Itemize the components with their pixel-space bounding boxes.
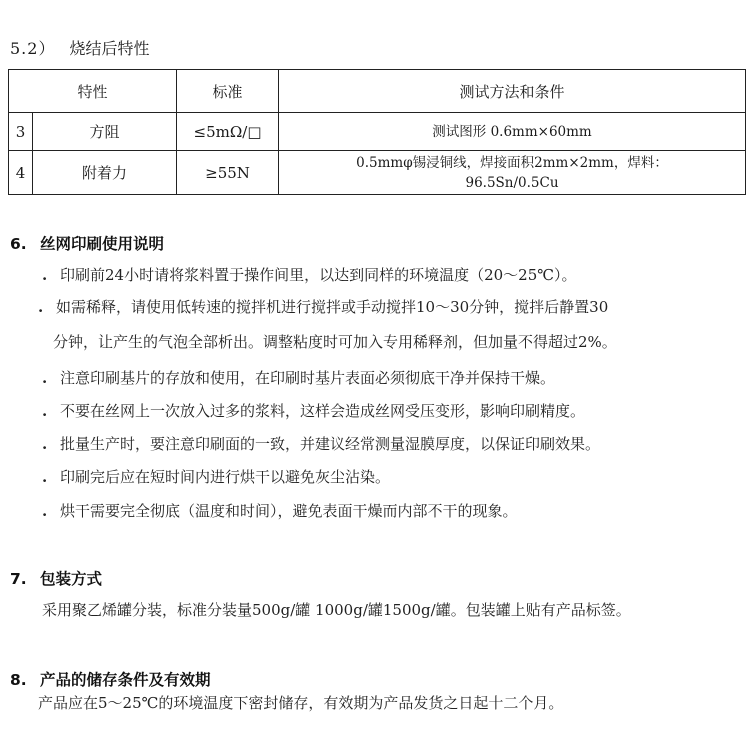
- row-standard: ≥55N: [177, 151, 279, 195]
- list-item: .如需稀释，请使用低转速的搅拌机进行搅拌或手动搅拌10～30分钟，搅拌后静置30: [38, 297, 608, 317]
- section-title: 包装方式: [40, 570, 102, 588]
- section-number: 7.: [10, 570, 40, 588]
- row-test-method: 测试图形 0.6mm×60mm: [279, 113, 746, 151]
- section-6-heading: 6.丝网印刷使用说明: [10, 232, 164, 254]
- section-8-heading: 8.产品的储存条件及有效期: [10, 668, 211, 690]
- bullet-dot: .: [42, 368, 60, 388]
- list-item: .印刷前24小时请将浆料置于操作间里，以达到同样的环境温度（20～25℃）。: [42, 265, 577, 285]
- bullet-dot: .: [42, 434, 60, 454]
- list-item-text: 烘干需要完全彻底（温度和时间），避免表面干燥而内部不干的现象。: [60, 502, 518, 520]
- bullet-dot: .: [42, 401, 60, 421]
- test-method-line2: 96.5Sn/0.5Cu: [279, 173, 745, 193]
- list-item-continuation: 分钟，让产生的气泡全部析出。调整粘度时可加入专用稀释剂，但加量不得超过2%。: [53, 332, 617, 352]
- list-item: .批量生产时，要注意印刷面的一致，并建议经常测量湿膜厚度，以保证印刷效果。: [42, 434, 600, 454]
- section-8-body: 产品应在5～25℃的环境温度下密封储存，有效期为产品发货之日起十二个月。: [38, 693, 563, 713]
- section-number: 6.: [10, 235, 40, 253]
- post-sintering-properties-table: 特性 标准 测试方法和条件 3 方阻 ≤5mΩ/□ 测试图形 0.6mm×60m…: [8, 69, 746, 195]
- table-row: 4 附着力 ≥55N 0.5mmφ锡浸铜线，焊接面积2mm×2mm，焊料： 96…: [9, 151, 746, 195]
- header-standard: 标准: [177, 70, 279, 113]
- subsection-number: 5.2）: [10, 39, 55, 58]
- row-index: 4: [9, 151, 33, 195]
- row-standard: ≤5mΩ/□: [177, 113, 279, 151]
- bullet-dot: .: [38, 297, 56, 317]
- list-item-text: 注意印刷基片的存放和使用，在印刷时基片表面必须彻底干净并保持干燥。: [60, 369, 555, 387]
- list-item: .印刷完后应在短时间内进行烘干以避免灰尘沾染。: [42, 467, 390, 487]
- row-property: 附着力: [33, 151, 177, 195]
- list-item-text: 印刷完后应在短时间内进行烘干以避免灰尘沾染。: [60, 468, 390, 486]
- bullet-dot: .: [42, 265, 60, 285]
- table-row: 3 方阻 ≤5mΩ/□ 测试图形 0.6mm×60mm: [9, 113, 746, 151]
- row-test-method: 0.5mmφ锡浸铜线，焊接面积2mm×2mm，焊料： 96.5Sn/0.5Cu: [279, 151, 746, 195]
- section-title: 产品的储存条件及有效期: [40, 671, 211, 689]
- row-index: 3: [9, 113, 33, 151]
- section-7-body: 采用聚乙烯罐分装，标准分装量500g/罐 1000g/罐1500g/罐。包装罐上…: [42, 600, 631, 620]
- test-method-line1: 测试图形 0.6mm×60mm: [432, 124, 591, 140]
- test-method-line1: 0.5mmφ锡浸铜线，焊接面积2mm×2mm，焊料：: [279, 153, 745, 173]
- section-7-heading: 7.包装方式: [10, 567, 102, 589]
- list-item-text: 印刷前24小时请将浆料置于操作间里，以达到同样的环境温度（20～25℃）。: [60, 266, 577, 284]
- bullet-dot: .: [42, 467, 60, 487]
- list-item: .不要在丝网上一次放入过多的浆料，这样会造成丝网受压变形，影响印刷精度。: [42, 401, 585, 421]
- section-number: 8.: [10, 671, 40, 689]
- subsection-title: 烧结后特性: [69, 39, 149, 58]
- list-item-text: 不要在丝网上一次放入过多的浆料，这样会造成丝网受压变形，影响印刷精度。: [60, 402, 585, 420]
- section-title: 丝网印刷使用说明: [40, 235, 164, 253]
- header-property: 特性: [9, 70, 177, 113]
- list-item: .注意印刷基片的存放和使用，在印刷时基片表面必须彻底干净并保持干燥。: [42, 368, 555, 388]
- bullet-dot: .: [42, 501, 60, 521]
- table-header-row: 特性 标准 测试方法和条件: [9, 70, 746, 113]
- header-test-method: 测试方法和条件: [279, 70, 746, 113]
- subsection-5-2-heading: 5.2）烧结后特性: [10, 38, 149, 60]
- list-item-text: 如需稀释，请使用低转速的搅拌机进行搅拌或手动搅拌10～30分钟，搅拌后静置30: [56, 298, 608, 316]
- list-item-text: 批量生产时，要注意印刷面的一致，并建议经常测量湿膜厚度，以保证印刷效果。: [60, 435, 600, 453]
- list-item: .烘干需要完全彻底（温度和时间），避免表面干燥而内部不干的现象。: [42, 501, 518, 521]
- row-property: 方阻: [33, 113, 177, 151]
